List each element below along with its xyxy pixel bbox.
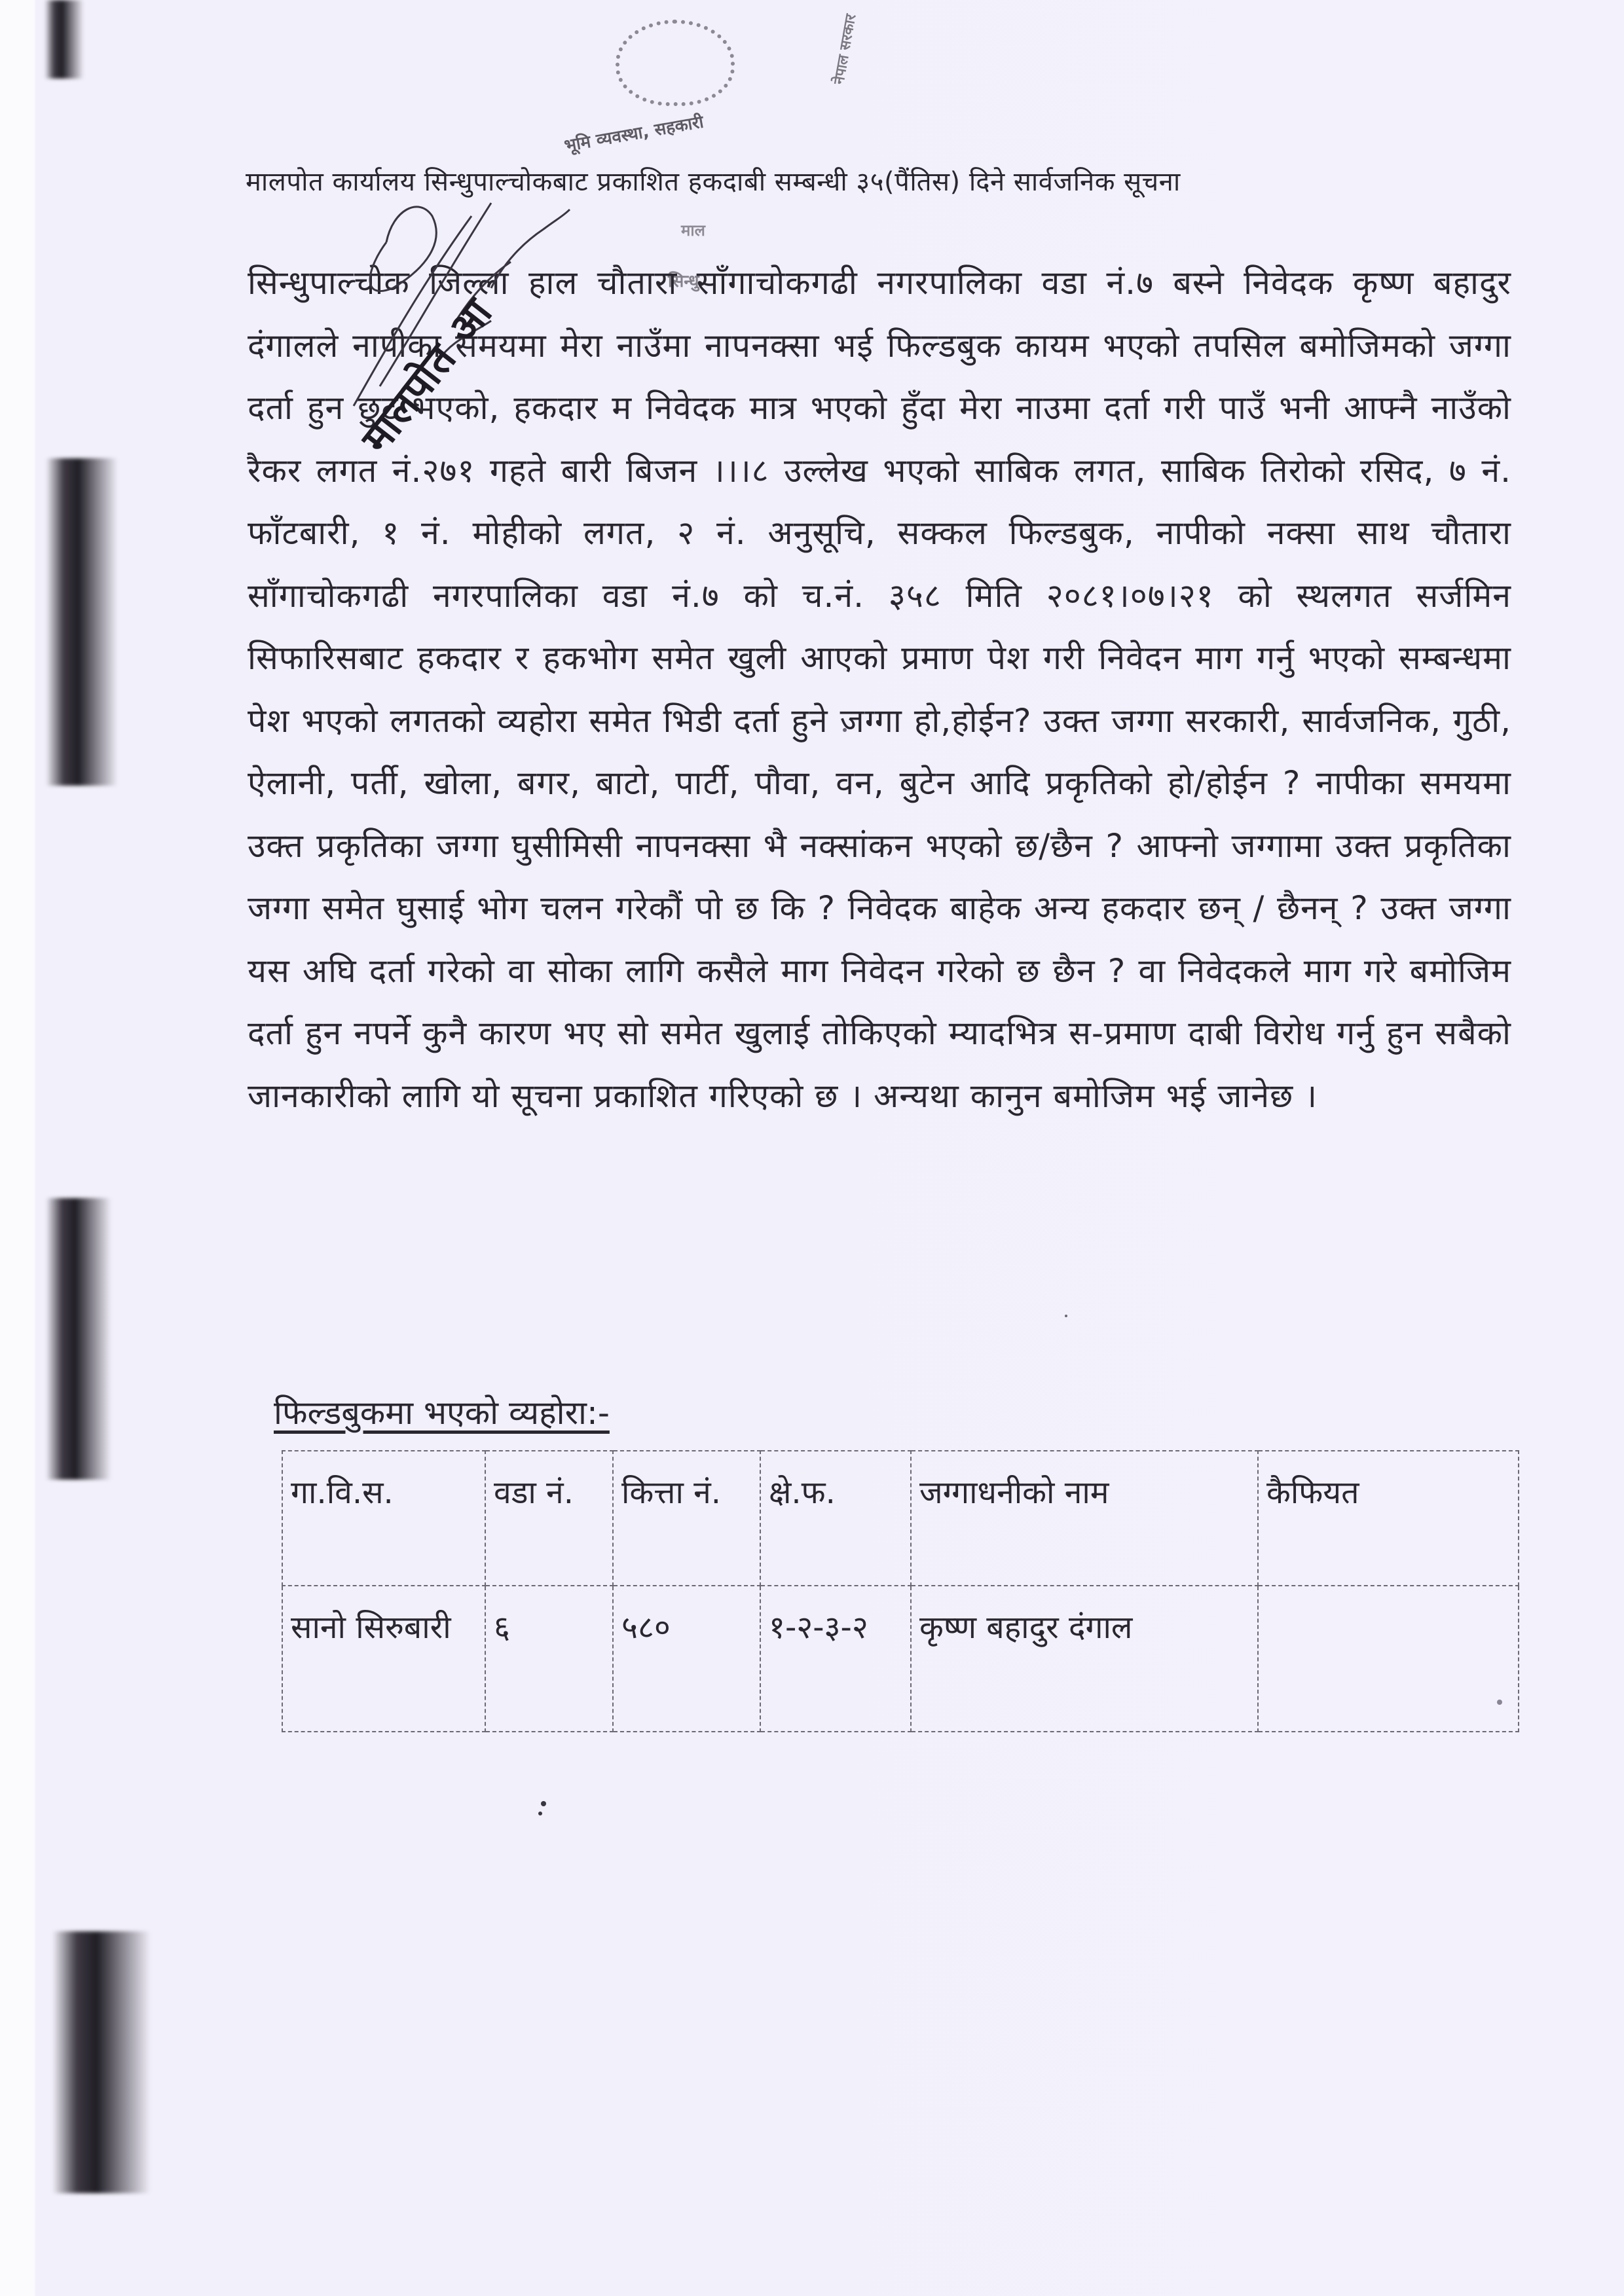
cell-vdc: सानो सिरुबारी <box>282 1586 485 1732</box>
header-ward-no: वडा नं. <box>485 1451 613 1586</box>
cell-owner-name: कृष्ण बहादुर दंगाल <box>911 1586 1258 1732</box>
cell-area: १-२-३-२ <box>760 1586 911 1732</box>
round-stamp-text: माल <box>681 219 705 241</box>
fieldbook-table: गा.वि.स. वडा नं. कित्ता नं. क्षे.फ. जग्ग… <box>282 1450 1519 1732</box>
section-heading: फिल्डबुकमा भएको व्यहोरा:- <box>274 1389 610 1434</box>
header-area: क्षे.फ. <box>760 1451 911 1586</box>
scan-smudge <box>45 0 84 79</box>
government-emblem-icon <box>616 20 735 106</box>
header-owner-name: जग्गाधनीको नाम <box>911 1451 1258 1586</box>
cell-remarks <box>1258 1586 1519 1732</box>
scan-smudge <box>46 458 118 786</box>
header-plot-no: कित्ता नं. <box>613 1451 760 1586</box>
table-row: सानो सिरुबारी ६ ५८० १-२-३-२ कृष्ण बहादुर… <box>282 1586 1519 1732</box>
header-remarks: कैफियत <box>1258 1451 1519 1586</box>
cell-plot-no: ५८० <box>613 1586 760 1732</box>
table-header-row: गा.वि.स. वडा नं. कित्ता नं. क्षे.फ. जग्ग… <box>282 1451 1519 1586</box>
scan-smudge <box>46 1198 111 1480</box>
header-vdc: गा.वि.स. <box>282 1451 485 1586</box>
scan-smudge <box>52 1931 151 2193</box>
cell-ward-no: ६ <box>485 1586 613 1732</box>
